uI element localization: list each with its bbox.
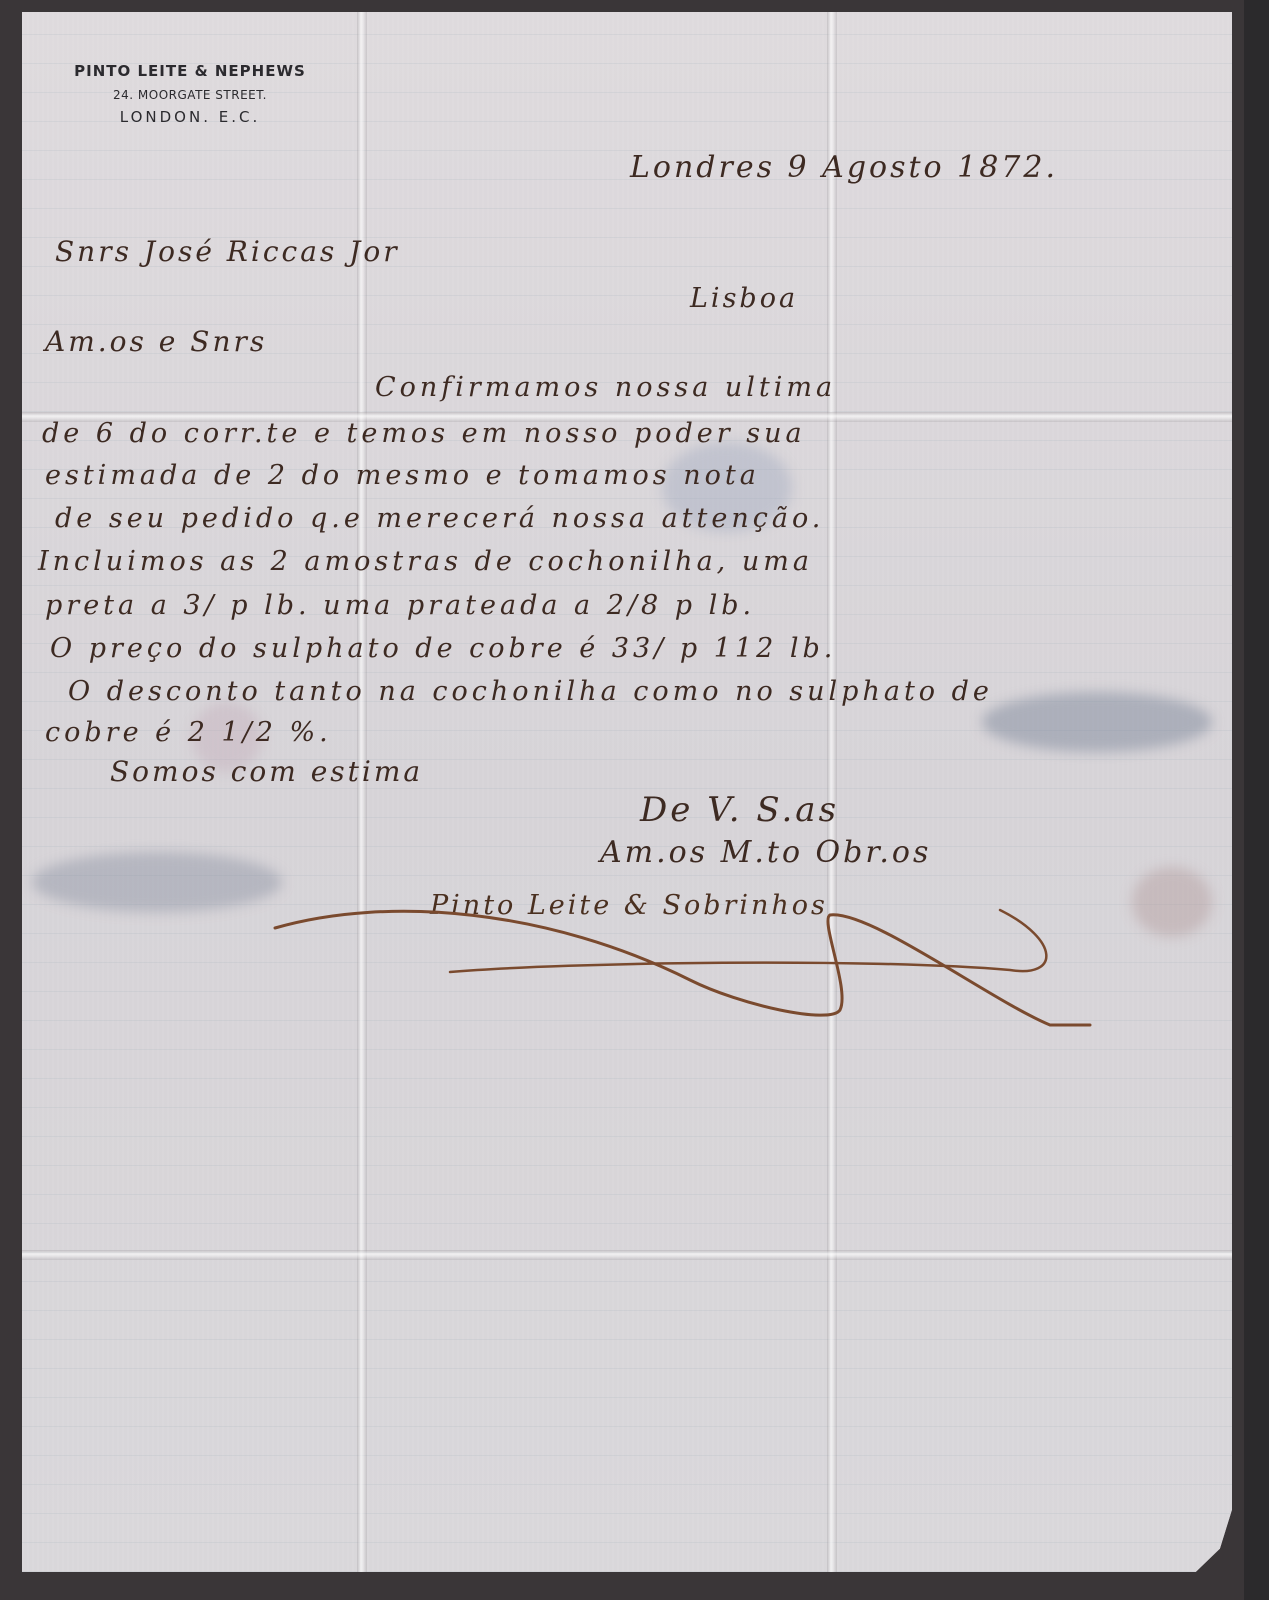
recipient-city: Lisboa — [690, 283, 798, 314]
body-line: Incluimos as 2 amostras de cochonilha, u… — [38, 546, 813, 577]
letterhead-city: LONDON. E.C. — [60, 108, 320, 126]
body-line: Confirmamos nossa ultima — [375, 372, 836, 403]
place-date: Londres 9 Agosto 1872. — [630, 150, 1058, 185]
signature-line: De V. S.as — [640, 790, 839, 830]
stain — [1132, 867, 1212, 937]
stain — [32, 852, 282, 912]
body-line: cobre é 2 1/2 %. — [45, 717, 332, 748]
signature-flourish-icon — [270, 900, 1100, 1030]
body-line: de 6 do corr.te e temos em nosso poder s… — [42, 418, 806, 449]
stain — [982, 692, 1212, 752]
letterhead-firm: PINTO LEITE & NEPHEWS — [60, 62, 320, 80]
signature-line: Am.os M.to Obr.os — [600, 835, 931, 870]
body-line: O desconto tanto na cochonilha como no s… — [68, 676, 993, 707]
fold-crease-horizontal — [22, 1250, 1232, 1260]
closing: Somos com estima — [110, 755, 423, 788]
body-line: O preço do sulphato de cobre é 33/ p 112… — [50, 633, 836, 664]
salutation: Am.os e Snrs — [45, 325, 267, 358]
recipient: Snrs José Riccas Jor — [55, 235, 400, 268]
body-line: estimada de 2 do mesmo e tomamos nota — [45, 460, 760, 491]
letterhead-street: 24. MOORGATE STREET. — [60, 88, 320, 102]
body-line: preta a 3/ p lb. uma prateada a 2/8 p lb… — [45, 590, 755, 621]
body-line: de seu pedido q.e merecerá nossa attençã… — [55, 503, 824, 534]
letterhead: PINTO LEITE & NEPHEWS 24. MOORGATE STREE… — [60, 62, 320, 126]
